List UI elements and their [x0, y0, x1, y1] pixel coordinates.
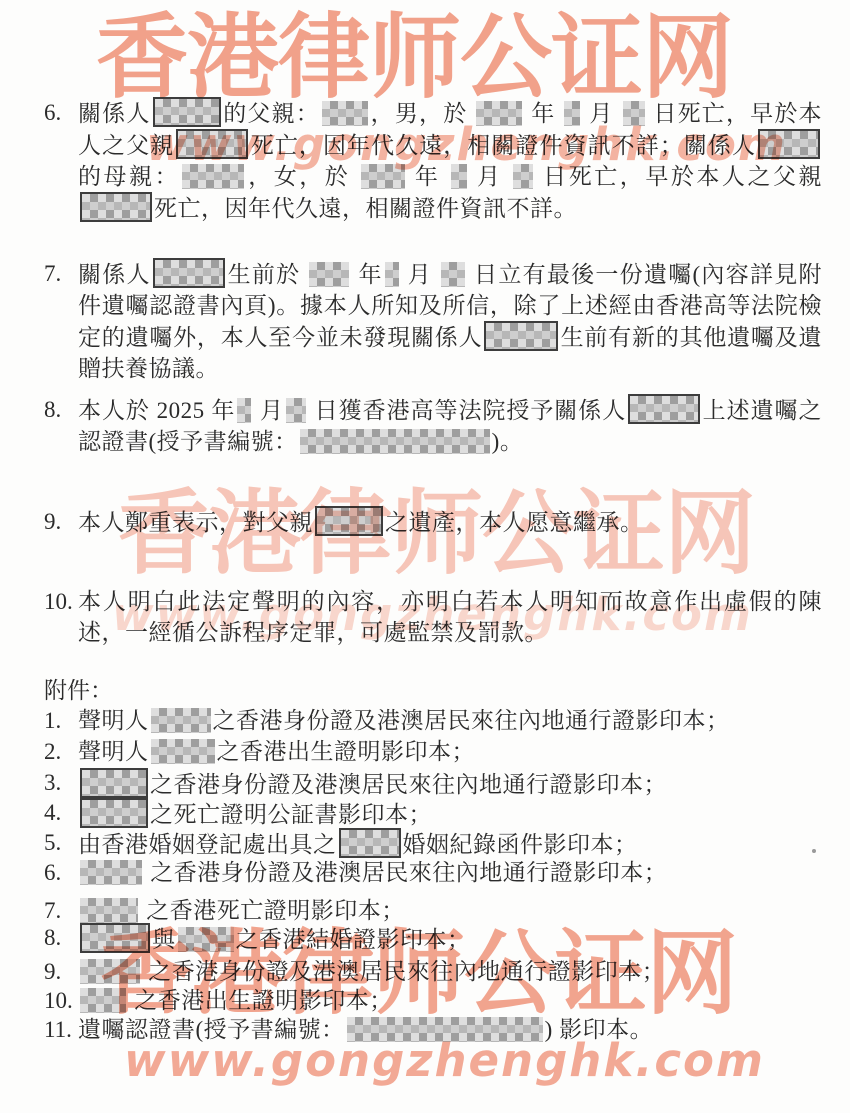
redaction-block: [182, 164, 244, 189]
redaction-block: [80, 923, 150, 953]
redaction-block: [339, 828, 401, 858]
item-number: 7.: [44, 258, 61, 289]
item-number: 2.: [44, 737, 61, 767]
scanned-declaration-page: 6.關係人的父親：，男，於 年 月 日死亡，早於本人之父親死亡，因年代久遠，相關…: [0, 0, 850, 1113]
attachments-heading: 附件：: [44, 676, 113, 706]
item-number: 9.: [44, 957, 61, 987]
attachment-item: 11.遺囑認證書(授予書編號：) 影印本。: [44, 1015, 822, 1045]
redaction-block: [451, 164, 467, 189]
redaction-block: [178, 927, 234, 952]
redaction-block: [385, 262, 399, 287]
item-number: 1.: [44, 706, 61, 736]
declaration-item: 10.本人明白此法定聲明的內容，亦明白若本人明知而故意作出虛假的陳述，一經循公訴…: [44, 586, 822, 648]
redaction-block: [623, 101, 645, 126]
redaction-block: [153, 97, 221, 127]
redaction-block: [441, 262, 465, 287]
redaction-block: [151, 708, 211, 733]
attachment-item: 1.聲明人之香港身份證及港澳居民來往內地通行證影印本；: [44, 706, 822, 736]
redaction-block: [361, 164, 405, 189]
declaration-item: 9.本人鄭重表示，對父親之遺產，本人愿意繼承。: [44, 506, 822, 538]
attachment-item: 9. 之香港身份證及港澳居民來往內地通行證影印本；: [44, 957, 822, 987]
redaction-block: [151, 739, 215, 764]
redaction-block: [80, 959, 140, 984]
item-number: 9.: [44, 506, 61, 537]
declaration-item: 6.關係人的父親：，男，於 年 月 日死亡，早於本人之父親死亡，因年代久遠，相關…: [44, 97, 822, 224]
redaction-block: [347, 1017, 543, 1042]
redaction-block: [628, 394, 700, 424]
attachment-item: 8.與之香港結婚證影印本；: [44, 923, 822, 955]
watermark-brand-top: 香港律师公证网: [96, 12, 733, 104]
attachment-item: 7. 之香港死亡證明影印本；: [44, 896, 822, 926]
redaction-block: [315, 506, 383, 536]
item-number: 4.: [44, 798, 61, 828]
item-number: 11.: [44, 1015, 72, 1045]
item-number: 8.: [44, 394, 61, 425]
scan-artifact-dot: [812, 849, 816, 853]
item-number: 8.: [44, 923, 61, 953]
declaration-item: 8.本人於 2025 年 月 日獲香港高等法院授予關係人上述遺囑之認證書(授予書…: [44, 394, 822, 457]
redaction-block: [80, 898, 138, 923]
attachment-item: 2.聲明人之香港出生證明影印本；: [44, 737, 822, 767]
attachment-item: 10. 之香港出生證明影印本；: [44, 986, 822, 1016]
redaction-block: [758, 129, 820, 159]
attachment-item: 4.之死亡證明公証書影印本；: [44, 798, 822, 830]
redaction-block: [80, 798, 148, 828]
redaction-block: [80, 192, 152, 222]
redaction-block: [153, 258, 225, 288]
item-number: 6.: [44, 858, 61, 888]
redaction-block: [286, 398, 306, 423]
item-number: 7.: [44, 896, 61, 926]
redaction-block: [80, 988, 126, 1013]
redaction-block: [80, 860, 142, 885]
item-number: 10.: [44, 586, 73, 617]
item-number: 6.: [44, 97, 61, 128]
redaction-block: [484, 321, 558, 351]
item-number: 10.: [44, 986, 73, 1016]
redaction-block: [476, 101, 522, 126]
redaction-block: [564, 101, 580, 126]
redaction-block: [237, 398, 251, 423]
redaction-block: [309, 262, 349, 287]
attachment-item: 6. 之香港身份證及港澳居民來往內地通行證影印本；: [44, 858, 822, 888]
item-number: 5.: [44, 828, 61, 858]
item-number: 3.: [44, 768, 61, 798]
declaration-item: 7.關係人生前於 年 月 日立有最後一份遺囑(內容詳見附件遺囑認證書內頁)。據本…: [44, 258, 822, 384]
redaction-block: [513, 164, 533, 189]
redaction-block: [300, 429, 490, 454]
redaction-block: [176, 129, 248, 159]
redaction-block: [80, 768, 148, 798]
attachment-item: 3.之香港身份證及港澳居民來往內地通行證影印本；: [44, 768, 822, 800]
attachment-item: 5.由香港婚姻登記處出具之婚姻紀錄函件影印本；: [44, 828, 822, 860]
redaction-block: [322, 101, 368, 126]
